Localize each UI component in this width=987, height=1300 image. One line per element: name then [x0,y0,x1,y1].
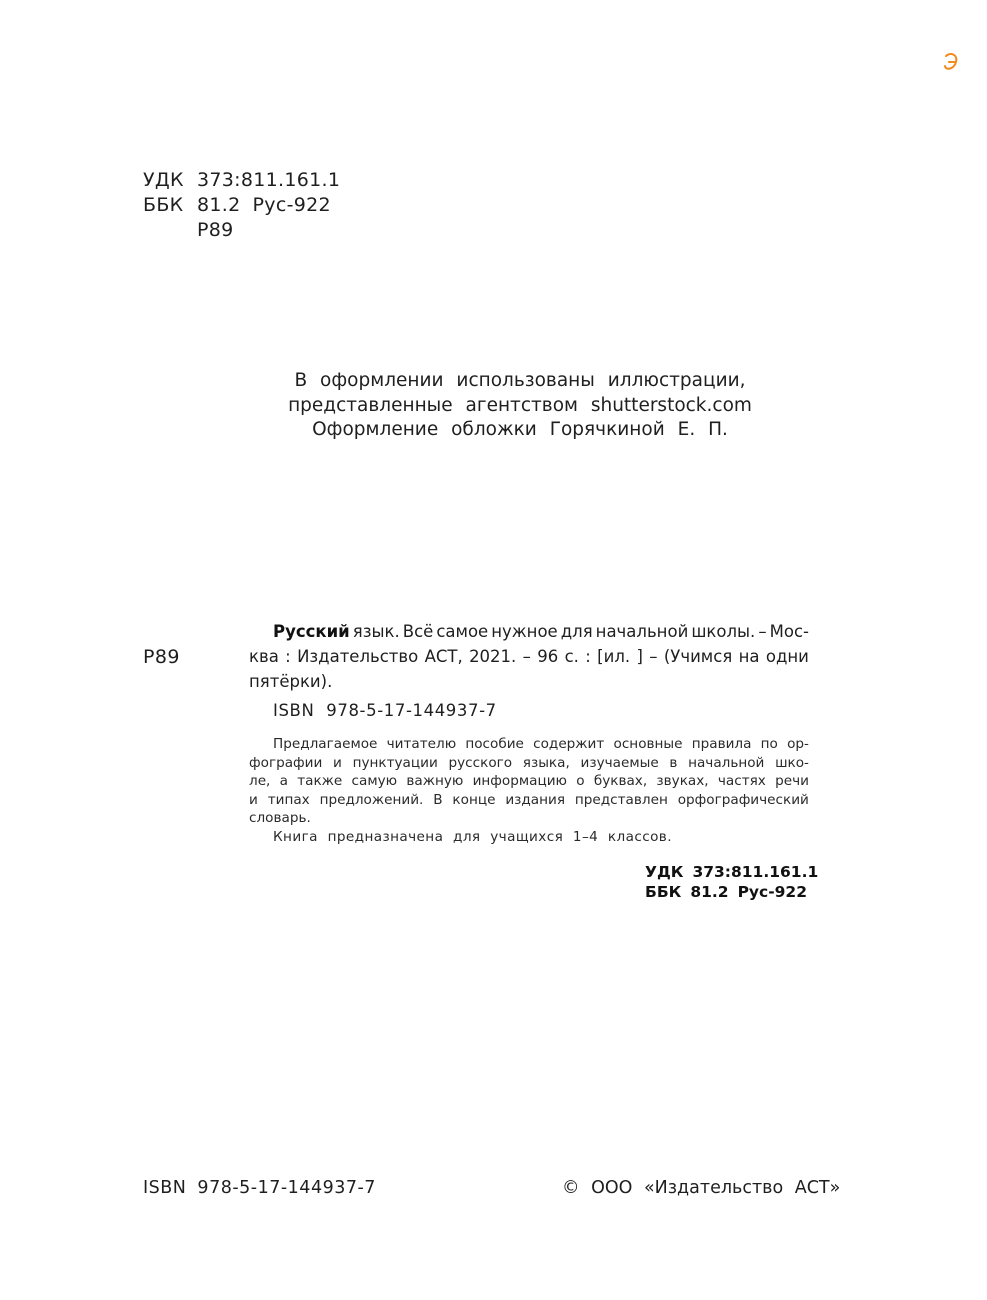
word: по [761,735,778,754]
word: читателю [387,735,457,754]
word: для [561,619,593,644]
bbk-label: ББК [143,193,197,218]
record-line-3: пятёрки). [249,669,809,694]
word: а [280,772,288,791]
word: начальной [596,619,689,644]
word: языка, [523,754,570,773]
word: : [585,644,591,669]
word: и [333,754,342,773]
target-audience: Книга предназначена для учащихся 1–4 кла… [249,828,809,847]
record-line-1: Русский язык.Всёсамоенужноедляначальнойш… [249,619,809,644]
bbk-label: ББК [645,883,681,901]
top-classification-codes: УДК 373:811.161.1 ББК 81.2 Рус-922 Р89 [143,168,340,243]
word: орфографический [678,791,809,810]
bottom-classification-codes: УДК373:811.161.1 ББК81.2Рус-922 [645,862,818,902]
word: самую [352,772,398,791]
word: фографии [249,754,322,773]
word: нужное [491,619,557,644]
word: ква [249,644,279,669]
word: одни [766,644,809,669]
word: самое [436,619,488,644]
word: предложений. [320,791,424,810]
word: представлен [575,791,668,810]
word: – [523,644,531,669]
book-title-bold: Русский [273,619,350,644]
record-isbn: ISBN 978-5-17-144937-7 [273,701,497,720]
word: типах [268,791,310,810]
bbk-value: 81.2 [690,883,728,901]
abstract-line: Предлагаемоечитателюпособиесодержитоснов… [249,735,809,754]
word: : [285,644,291,669]
word: пунктуации [353,754,438,773]
word: основные [614,735,683,754]
word: изучаемые [581,754,659,773]
word: речи [775,772,809,791]
word: издания [505,791,565,810]
page-mark-icon [941,50,961,76]
credits-line: В оформлении использованы иллюстрации, [240,369,800,394]
word: ле, [249,772,270,791]
word: о [576,772,584,791]
word: звуках, [656,772,708,791]
abstract-line: фографииипунктуациирусскогоязыка,изучаем… [249,754,809,773]
udk-value: 373:811.161.1 [197,168,340,193]
word: АСТ, [425,644,463,669]
word: и [249,791,258,810]
word: конце [452,791,495,810]
udk-value: 373:811.161.1 [692,863,818,881]
abstract-line: итипахпредложений.Вконцеизданияпредставл… [249,791,809,810]
word: Мос- [770,619,809,644]
abstract-block: Предлагаемоечитателюпособиесодержитоснов… [249,735,809,847]
bbk-value: 81.2 [197,193,241,218]
word: Предлагаемое [273,735,377,754]
word: буквах, [594,772,647,791]
word: с. [565,644,579,669]
word: – [758,619,766,644]
word: содержит [533,735,604,754]
word: [ил. [597,644,630,669]
word: 96 [537,644,558,669]
word: информацию [473,772,567,791]
word: 2021. [469,644,516,669]
word: школы. [691,619,755,644]
word: на [739,644,760,669]
word: Издательство [297,644,418,669]
word: ] [636,644,642,669]
side-author-mark: Р89 [143,646,180,668]
udk-label: УДК [143,168,197,193]
abstract-line: словарь. [249,809,809,828]
word: пособие [465,735,524,754]
bbk-extra: Рус-922 [253,193,331,218]
abstract-line: ле,атакжесамуюважнуюинформациюобуквах,зв… [249,772,809,791]
word: правила [692,735,752,754]
word: также [297,772,342,791]
word: в [669,754,677,773]
word: Всё [403,619,434,644]
credits-block: В оформлении использованы иллюстрации, п… [240,369,800,443]
word: – [649,644,657,669]
word: (Учимся [664,644,732,669]
footer-copyright: © ООО «Издательство АСТ» [562,1178,840,1198]
word: частях [718,772,766,791]
footer-isbn: ISBN 978-5-17-144937-7 [143,1178,376,1198]
credits-line: представленные агентством shutterstock.c… [240,394,800,419]
word: язык. [353,619,400,644]
author-mark: Р89 [197,218,234,243]
bbk-extra: Рус-922 [738,883,807,901]
word: важную [406,772,463,791]
word: В [433,791,442,810]
credits-line: Оформление обложки Горячкиной Е. П. [240,418,800,443]
bibliographic-record: Русский язык.Всёсамоенужноедляначальнойш… [249,619,809,694]
word: шко- [775,754,809,773]
record-line-2: ква:ИздательствоАСТ,2021.–96с.:[ил.]–(Уч… [249,644,809,669]
word: начальной [688,754,764,773]
udk-label: УДК [645,863,683,881]
word: русского [449,754,513,773]
word: ор- [787,735,809,754]
